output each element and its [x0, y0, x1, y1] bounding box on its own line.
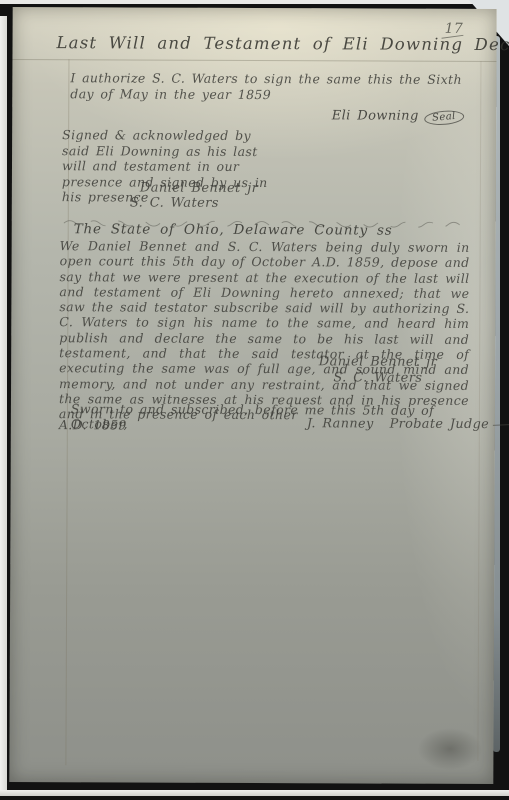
seal-mark: Seal [424, 109, 465, 126]
ledger-page: 17 Last Will and Testament of Eli Downin… [9, 7, 496, 784]
witness-signature: Daniel Bennet jr [319, 354, 437, 371]
witness-signature: S. C. Waters [319, 370, 437, 387]
jurat-date: A.D. 1859 [59, 417, 127, 432]
backdrop-strip-top [0, 0, 509, 4]
testator-signature: Eli Downing [332, 108, 419, 123]
backdrop-strip-left [0, 16, 7, 792]
testator-signature-block: Eli DowningSeal [332, 108, 465, 125]
witness-signature: Daniel Bennet jr [140, 181, 258, 197]
signature-flourish [493, 423, 509, 426]
backdrop-strip-bottom [0, 790, 509, 796]
judge-title: Probate Judge [390, 417, 490, 432]
title-rule [12, 59, 496, 62]
judge-signature-block: J. RanneyProbate Judge [307, 416, 509, 432]
witness-signature: S. C. Waters [130, 195, 258, 211]
affidavit-witness-signatures: Daniel Bennet jr S. C. Waters [319, 354, 438, 387]
document-title: Last Will and Testament of Eli Downing D… [56, 33, 482, 54]
affidavit-paragraph: We Daniel Bennet and S. C. Waters being … [59, 238, 470, 423]
photo-backdrop: 17 Last Will and Testament of Eli Downin… [0, 0, 509, 800]
jurat-heading: The State of Ohio, Delaware County ss [74, 221, 393, 238]
judge-signature: J. Ranney [307, 416, 374, 431]
authorization-paragraph: I authorize S. C. Waters to sign the sam… [70, 70, 468, 104]
attestation-witness-signatures: Daniel Bennet jr S. C. Waters [140, 181, 259, 212]
